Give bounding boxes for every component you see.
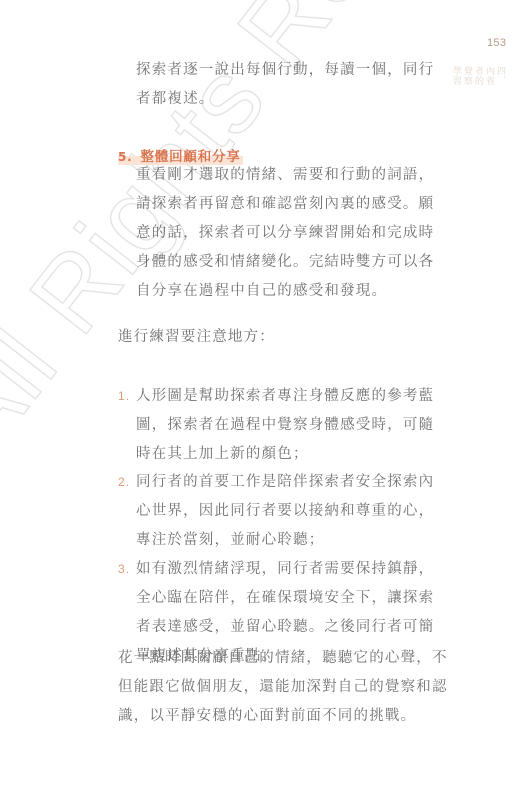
top-paragraph: 探索者逐一說出每個行動，每讀一個，同行者都複述。	[136, 56, 448, 114]
note-number: 3.	[118, 555, 130, 584]
note-text: 人形圖是幫助探索者專注身體反應的參考藍圖，探索者在過程中覺察身體感受時，可隨時在…	[136, 388, 434, 462]
section-body: 重看剛才選取的情緒、需要和行動的詞語，請探索者再留意和確認當刻內裏的感受。願意的…	[136, 161, 448, 306]
note-item-1: 1. 人形圖是幫助探索者專注身體反應的參考藍圖，探索者在過程中覺察身體感受時，可…	[118, 382, 448, 469]
page-number: 153	[487, 37, 506, 49]
note-number: 1.	[118, 382, 130, 411]
chapter-side-title: 四．內省者的覺察學習	[493, 66, 505, 86]
closing-paragraph: 花一點時間關顧自己的情緒，聽聽它的心聲，不但能跟它做個朋友，還能加深對自己的覺察…	[118, 644, 448, 731]
note-text: 同行者的首要工作是陪伴探索者安全探索內心世界，因此同行者要以接納和尊重的心，專注…	[136, 474, 434, 548]
note-item-2: 2. 同行者的首要工作是陪伴探索者安全探索內心世界，因此同行者要以接納和尊重的心…	[118, 468, 448, 555]
notes-title: 進行練習要注意地方：	[118, 323, 448, 352]
section-number: 5.	[118, 150, 133, 164]
note-number: 2.	[118, 468, 130, 497]
